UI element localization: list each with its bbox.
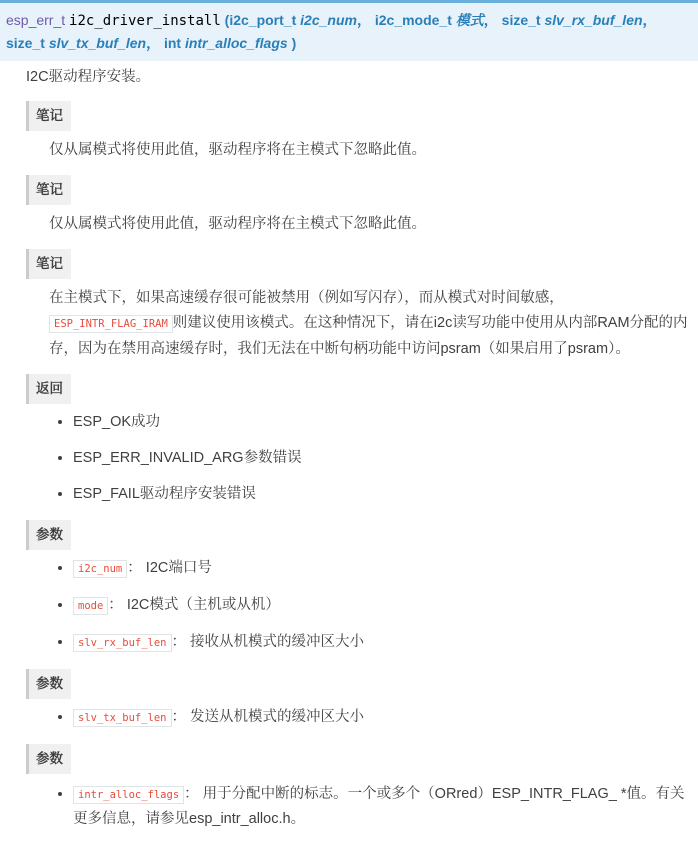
- params-list: intr_alloc_flags： 用于分配中断的标志。一个或多个（ORred）…: [26, 782, 690, 831]
- note-label: 笔记: [26, 249, 71, 279]
- function-name: i2c_driver_install: [69, 13, 221, 29]
- params-section: 参数 i2c_num： I2C端口号 mode： I2C模式（主机或从机） sl…: [26, 520, 690, 653]
- params-list: slv_tx_buf_len： 发送从机模式的缓冲区大小: [26, 707, 690, 728]
- params-list: i2c_num： I2C端口号 mode： I2C模式（主机或从机） slv_r…: [26, 558, 690, 653]
- note-text: 仅从属模式将使用此值，驱动程序将在主模式下忽略此值。: [26, 138, 690, 163]
- note-label: 笔记: [26, 101, 71, 131]
- returns-list: ESP_OK成功 ESP_ERR_INVALID_ARG参数错误 ESP_FAI…: [26, 412, 690, 504]
- note-text: 仅从属模式将使用此值，驱动程序将在主模式下忽略此值。: [26, 212, 690, 237]
- param-item: intr_alloc_flags： 用于分配中断的标志。一个或多个（ORred）…: [73, 782, 690, 831]
- return-item: ESP_ERR_INVALID_ARG参数错误: [73, 448, 690, 468]
- note-text: 在主模式下，如果高速缓存很可能被禁用（例如写闪存），而从模式对时间敏感，ESP_…: [26, 286, 690, 362]
- note-label: 笔记: [26, 175, 71, 205]
- param-name: slv_rx_buf_len: [73, 634, 172, 652]
- param-item: slv_tx_buf_len： 发送从机模式的缓冲区大小: [73, 707, 690, 728]
- param-sig: size_t slv_tx_buf_len，: [6, 35, 160, 51]
- param-name: i2c_num: [73, 560, 127, 578]
- return-item: ESP_OK成功: [73, 412, 690, 432]
- param-sig: i2c_port_t i2c_num，: [229, 12, 371, 28]
- param-sig: i2c_mode_t 模式，: [375, 12, 498, 28]
- return-item: ESP_FAIL驱动程序安装错误: [73, 484, 690, 504]
- function-doc-body: I2C驱动程序安装。 笔记 仅从属模式将使用此值，驱动程序将在主模式下忽略此值。…: [0, 67, 698, 831]
- note-section: 笔记 在主模式下，如果高速缓存很可能被禁用（例如写闪存），而从模式对时间敏感，E…: [26, 249, 690, 362]
- inline-code: ESP_INTR_FLAG_IRAM: [49, 315, 173, 333]
- note-section: 笔记 仅从属模式将使用此值，驱动程序将在主模式下忽略此值。: [26, 101, 690, 163]
- returns-label: 返回: [26, 374, 71, 404]
- param-name: slv_tx_buf_len: [73, 709, 172, 727]
- param-name: intr_alloc_flags: [73, 786, 184, 804]
- param-item: i2c_num： I2C端口号: [73, 558, 690, 579]
- returns-section: 返回 ESP_OK成功 ESP_ERR_INVALID_ARG参数错误 ESP_…: [26, 374, 690, 504]
- param-item: mode： I2C模式（主机或从机）: [73, 595, 690, 616]
- note-section: 笔记 仅从属模式将使用此值，驱动程序将在主模式下忽略此值。: [26, 175, 690, 237]
- params-section: 参数 slv_tx_buf_len： 发送从机模式的缓冲区大小: [26, 669, 690, 728]
- function-signature: esp_err_t i2c_driver_install (i2c_port_t…: [0, 0, 698, 61]
- params-section: 参数 intr_alloc_flags： 用于分配中断的标志。一个或多个（ORr…: [26, 744, 690, 831]
- params-label: 参数: [26, 744, 71, 774]
- param-name: mode: [73, 597, 108, 615]
- params-label: 参数: [26, 520, 71, 550]
- close-paren: ): [292, 35, 297, 51]
- param-sig: int intr_alloc_flags: [164, 35, 288, 51]
- param-item: slv_rx_buf_len： 接收从机模式的缓冲区大小: [73, 632, 690, 653]
- params-label: 参数: [26, 669, 71, 699]
- return-type: esp_err_t: [6, 12, 65, 28]
- param-sig: size_t slv_rx_buf_len，: [502, 12, 657, 28]
- function-description: I2C驱动程序安装。: [26, 67, 690, 87]
